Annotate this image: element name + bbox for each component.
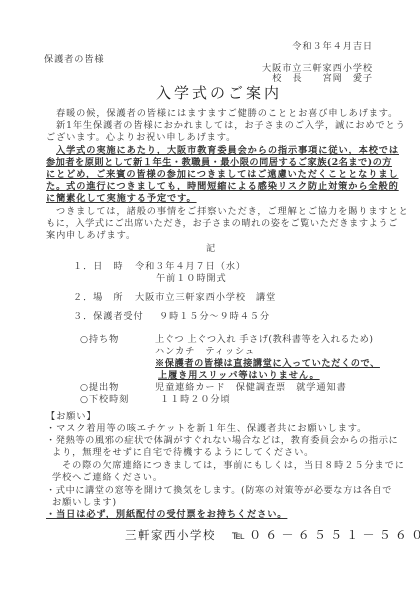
item-reception-label: ３．保護者受付	[73, 311, 144, 323]
item-datetime-label: １．日 時	[73, 261, 123, 273]
item-datetime-value: 令和３年４月７日（水）	[135, 261, 246, 273]
request-fever-line-4: 学校へご連絡ください。	[52, 472, 163, 484]
dismiss-value: １１時２０分頃	[160, 394, 231, 406]
request-reception-slip: ・当日は必ず，別紙配付の受付票をお持ちください。	[46, 509, 287, 521]
request-fever-line-3: その際の欠席連絡につきましては，事前にもしくは，当日８時２５分までに	[62, 460, 405, 472]
greeting-line-1: 春暖の候，保護者の皆様にはますますご健勝のこととお喜び申しあげます。	[56, 108, 398, 120]
page-title: 入学式のご案内	[156, 85, 282, 101]
notice-line-1: 入学式の実施にあたり，大阪市教育委員会からの指示事項に従い，本校では	[56, 145, 399, 157]
request-fever-line-1: ・発熱等の風邪の症状で体調がすぐれない場合などは，教育委員会からの指示に	[46, 435, 398, 447]
closing-line-2: もに，入学式にご出席いただき，お子さまの晴れの姿をご覧いただきますようご	[46, 218, 398, 230]
principal-name: 宮岡 愛子	[323, 73, 373, 84]
belongings-line-1: 上ぐつ 上ぐつ入れ 手さげ(教科書等を入れるため)	[155, 334, 373, 346]
request-ventilation-line-2: お願いします)	[52, 497, 117, 509]
closing-line-1: つきましては，諸般の事情をご拝察いただき，ご理解とご協力を賜りますとと	[56, 206, 409, 218]
notice-line-3: にとどめ，ご来賓の皆様の参加につきましてはご遠慮いただくこととなりまし	[46, 169, 399, 181]
notice-line-5: に簡素化して実施する予定です。	[46, 193, 197, 205]
notice-line-2: 参加者を原則として新１年生・教職員・最小限の同居するご家族(2名まで)の方	[46, 157, 392, 169]
footer-phone: ℡０６－６５５１－５６００	[232, 528, 420, 542]
submit-label: ○提出物	[80, 382, 119, 394]
recipient: 保護者の皆様	[44, 54, 105, 66]
principal: 校 長宮岡 愛子	[272, 73, 373, 85]
belongings-label: ○持ち物	[80, 334, 119, 346]
ki-heading: 記	[206, 243, 216, 255]
submit-value: 児童連絡カード 保健調査票 就学通知書	[155, 382, 347, 394]
issue-date: 令和３年４月吉日	[292, 41, 373, 53]
request-mask: ・マスク着用等の咳エチケットを新１年生、保護者共にお願いします。	[46, 423, 367, 435]
item-reception-value: ９時１５分～９時４５分	[159, 311, 270, 323]
principal-title: 校 長	[272, 73, 302, 84]
request-fever-line-2: より，無理をせずに自宅で待機するようにしてください。	[52, 447, 314, 459]
item-place-value: 大阪市立三軒家西小学校 講堂	[135, 292, 276, 304]
belongings-line-2: ハンカチ ティッシュ	[155, 346, 255, 358]
belongings-note-1: ※保護者の皆様は直接講堂に入っていただくので、	[155, 358, 380, 370]
footer-school: 三軒家西小学校	[125, 528, 216, 542]
item-place-label: ２．場 所	[73, 292, 123, 304]
requests-heading: 【お願い】	[46, 411, 96, 423]
item-datetime-value-2: 午前１０時開式	[156, 273, 227, 285]
belongings-note-2: 上履き用スリッパ等はいりません。	[158, 370, 320, 382]
document-page: 令和３年４月吉日 保護者の皆様 大阪市立三軒家西小学校 校 長宮岡 愛子 入学式…	[0, 0, 420, 603]
dismiss-label: ○下校時刻	[80, 394, 129, 406]
closing-line-3: 案内申しあげます。	[46, 230, 136, 242]
congrats-line-2: ございます。心よりお祝い申しあげます。	[46, 132, 236, 144]
request-ventilation-line-1: ・式中に講堂の窓等を開けて換気をします。(防寒の対策等が必要な方は各自で	[46, 485, 392, 497]
congrats-line-1: 新1年生保護者の皆様におかれましては，お子さまのご入学，誠におめでとう	[56, 120, 406, 132]
notice-line-4: た。式の進行につきましても，時間短縮による感染リスク防止対策から全般的	[46, 181, 399, 193]
